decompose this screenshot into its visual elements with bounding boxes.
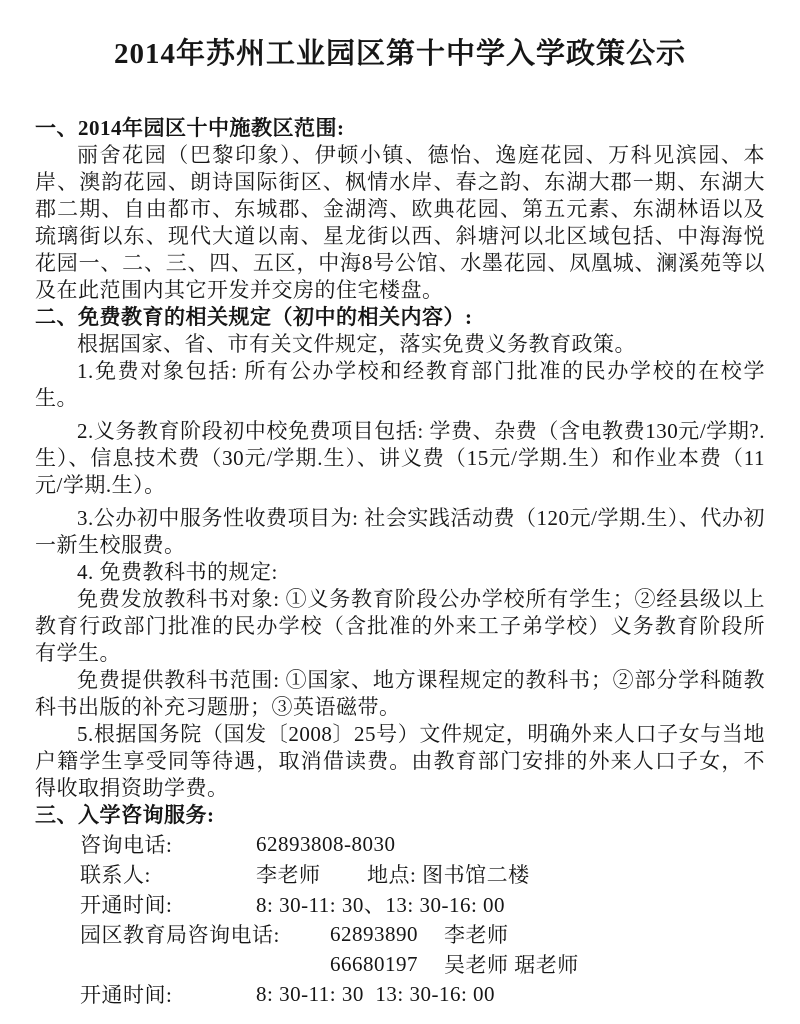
paragraph-textbook-targets: 免费发放教科书对象: ①义务教育阶段公办学校所有学生；②经县级以上教育行政部门批…	[35, 586, 765, 667]
document-page: 2014年苏州工业园区第十中学入学政策公示 一、2014年园区十中施教区范围: …	[0, 0, 800, 1024]
contact-row-bureau-phone-2: 66680197 吴老师 琚老师	[35, 949, 765, 979]
contact-row-hours: 开通时间: 8: 30-11: 30、13: 30-16: 00	[35, 889, 765, 919]
contact-phone-number: 62893808-8030	[256, 832, 396, 857]
contact-label: 园区教育局咨询电话:	[80, 919, 330, 949]
contact-info: 咨询电话: 62893808-8030 联系人: 李老师 地点: 图书馆二楼 开…	[35, 829, 765, 1009]
paragraph-free-items: 2.义务教育阶段初中校免费项目包括: 学费、杂费（含电教费130元/学期?.生）…	[35, 418, 765, 499]
contact-label: 联系人:	[80, 859, 256, 889]
paragraph-district-list: 丽舍花园（巴黎印象）、伊顿小镇、德怡、逸庭花园、万科见滨园、本岸、澳韵花园、朗诗…	[35, 142, 765, 304]
contact-row-bureau-phone: 园区教育局咨询电话: 62893890 李老师	[35, 919, 765, 949]
section-school-district: 一、2014年园区十中施教区范围: 丽舍花园（巴黎印象）、伊顿小镇、德怡、逸庭花…	[35, 115, 765, 304]
paragraph-service-fees: 3.公办初中服务性收费项目为: 社会实践活动费（120元/学期.生）、代办初一新…	[35, 505, 765, 559]
paragraph-free-targets: 1.免费对象包括: 所有公办学校和经教育部门批准的民办学校的在校学生。	[35, 358, 765, 412]
paragraph-textbook-scope: 免费提供教科书范围: ①国家、地方课程规定的教科书；②部分学科随教科书出版的补充…	[35, 667, 765, 721]
paragraph-migrant-policy: 5.根据国务院（国发〔2008〕25号）文件规定，明确外来人口子女与当地户籍学生…	[35, 721, 765, 802]
bureau-contact-person: 吴老师 琚老师	[444, 949, 579, 979]
contact-row-bureau-hours: 开通时间: 8: 30-11: 30 13: 30-16: 00	[35, 979, 765, 1009]
bureau-phone-number: 62893890	[330, 922, 444, 947]
bureau-contact-person: 李老师	[444, 919, 509, 949]
contact-location: 地点: 图书馆二楼	[367, 859, 530, 889]
section-consult-service: 三、入学咨询服务: 咨询电话: 62893808-8030 联系人: 李老师 地…	[35, 802, 765, 1009]
contact-person-name: 李老师	[256, 859, 367, 889]
paragraph-policy-basis: 根据国家、省、市有关文件规定，落实免费义务教育政策。	[35, 331, 765, 358]
contact-row-person: 联系人: 李老师 地点: 图书馆二楼	[35, 859, 765, 889]
contact-row-phone: 咨询电话: 62893808-8030	[35, 829, 765, 859]
contact-label: 咨询电话:	[80, 829, 256, 859]
section-heading-free-education: 二、免费教育的相关规定（初中的相关内容）:	[35, 304, 765, 331]
page-title: 2014年苏州工业园区第十中学入学政策公示	[35, 34, 765, 74]
bureau-hours: 8: 30-11: 30 13: 30-16: 00	[256, 982, 495, 1007]
section-heading-consult: 三、入学咨询服务:	[35, 802, 765, 829]
contact-label: 开通时间:	[80, 979, 256, 1009]
section-free-education: 二、免费教育的相关规定（初中的相关内容）: 根据国家、省、市有关文件规定，落实免…	[35, 304, 765, 802]
bureau-phone-number: 66680197	[330, 952, 444, 977]
contact-label: 开通时间:	[80, 889, 256, 919]
section-heading-district: 一、2014年园区十中施教区范围:	[35, 115, 765, 142]
contact-hours: 8: 30-11: 30、13: 30-16: 00	[256, 889, 505, 919]
paragraph-textbook-rule-title: 4. 免费教科书的规定:	[35, 559, 765, 586]
